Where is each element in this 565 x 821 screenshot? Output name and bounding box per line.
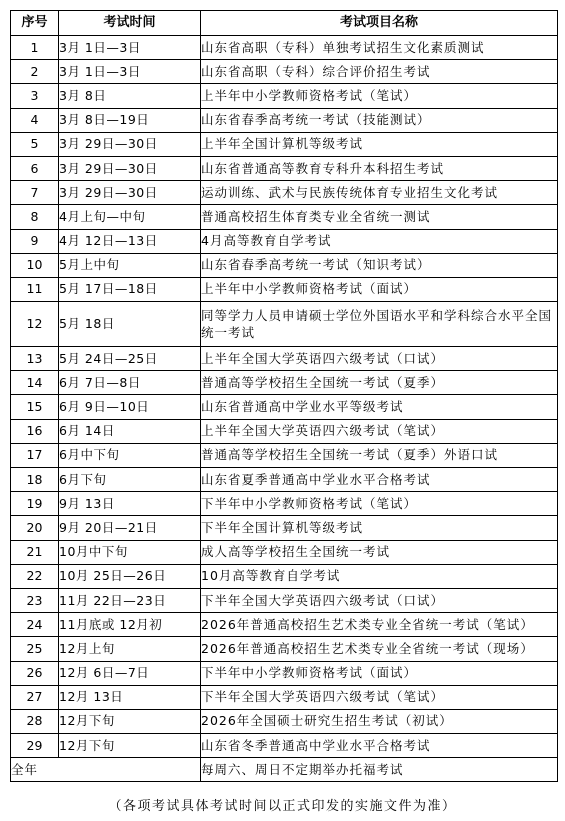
table-row: 2812月下旬2026年全国硕士研究生招生考试（初试） [11, 709, 558, 733]
row-name: 10月高等教育自学考试 [201, 564, 558, 588]
table-row: 199月 13日下半年中小学教师资格考试（笔试） [11, 492, 558, 516]
row-name: 2026年普通高校招生艺术类专业全省统一考试（现场） [201, 637, 558, 661]
row-no: 21 [11, 540, 59, 564]
table-row: 105月上中旬山东省春季高考统一考试（知识考试） [11, 253, 558, 277]
row-name: 同等学力人员申请硕士学位外国语水平和学科综合水平全国统一考试 [201, 302, 558, 347]
row-time: 5月 24日—25日 [59, 347, 201, 371]
footnote: （各项考试具体考试时间以正式印发的实施文件为准） [0, 795, 565, 814]
row-name: 2026年普通高校招生艺术类专业全省统一考试（笔试） [201, 613, 558, 637]
row-name: 山东省春季高考统一考试（知识考试） [201, 253, 558, 277]
table-header-row: 序号 考试时间 考试项目名称 [11, 11, 558, 36]
row-name: 2026年全国硕士研究生招生考试（初试） [201, 709, 558, 733]
row-name: 成人高等学校招生全国统一考试 [201, 540, 558, 564]
table-row: 73月 29日—30日运动训练、武术与民族传统体育专业招生文化考试 [11, 181, 558, 205]
row-name: 上半年全国计算机等级考试 [201, 132, 558, 156]
row-no: 29 [11, 734, 59, 758]
row-no: 15 [11, 395, 59, 419]
row-time: 5月 18日 [59, 302, 201, 347]
row-no: 17 [11, 443, 59, 467]
row-no: 12 [11, 302, 59, 347]
row-time: 10月 25日—26日 [59, 564, 201, 588]
row-name: 普通高等学校招生全国统一考试（夏季） [201, 371, 558, 395]
row-time: 6月 7日—8日 [59, 371, 201, 395]
row-no: 6 [11, 156, 59, 180]
row-no: 20 [11, 516, 59, 540]
row-name: 山东省高职（专科）综合评价招生考试 [201, 60, 558, 84]
row-time: 3月 29日—30日 [59, 156, 201, 180]
full-year-name: 每周六、周日不定期举办托福考试 [201, 758, 558, 782]
table-row: 53月 29日—30日上半年全国计算机等级考试 [11, 132, 558, 156]
exam-schedule-document: 序号 考试时间 考试项目名称 13月 1日—3日山东省高职（专科）单独考试招生文… [10, 10, 557, 782]
row-no: 16 [11, 419, 59, 443]
row-no: 2 [11, 60, 59, 84]
table-row: 156月 9日—10日山东省普通高中学业水平等级考试 [11, 395, 558, 419]
row-name: 上半年全国大学英语四六级考试（笔试） [201, 419, 558, 443]
table-row: 84月上旬—中旬普通高校招生体育类专业全省统一测试 [11, 205, 558, 229]
row-name: 下半年全国大学英语四六级考试（笔试） [201, 685, 558, 709]
row-time: 6月下旬 [59, 468, 201, 492]
table-row: 2712月 13日下半年全国大学英语四六级考试（笔试） [11, 685, 558, 709]
row-name: 山东省普通高等教育专科升本科招生考试 [201, 156, 558, 180]
table-row: 209月 20日—21日下半年全国计算机等级考试 [11, 516, 558, 540]
row-name: 山东省春季高考统一考试（技能测试） [201, 108, 558, 132]
row-time: 10月中下旬 [59, 540, 201, 564]
row-no: 25 [11, 637, 59, 661]
row-time: 3月 1日—3日 [59, 36, 201, 60]
row-time: 11月底或 12月初 [59, 613, 201, 637]
row-time: 12月上旬 [59, 637, 201, 661]
row-no: 7 [11, 181, 59, 205]
table-row: 135月 24日—25日上半年全国大学英语四六级考试（口试） [11, 347, 558, 371]
row-no: 24 [11, 613, 59, 637]
table-row: 2912月下旬山东省冬季普通高中学业水平合格考试 [11, 734, 558, 758]
row-name: 下半年全国计算机等级考试 [201, 516, 558, 540]
row-time: 4月 12日—13日 [59, 229, 201, 253]
table-row: 43月 8日—19日山东省春季高考统一考试（技能测试） [11, 108, 558, 132]
table-row: 94月 12日—13日4月高等教育自学考试 [11, 229, 558, 253]
table-row-full-year: 全年 每周六、周日不定期举办托福考试 [11, 758, 558, 782]
row-name: 普通高校招生体育类专业全省统一测试 [201, 205, 558, 229]
row-time: 9月 20日—21日 [59, 516, 201, 540]
row-name: 山东省高职（专科）单独考试招生文化素质测试 [201, 36, 558, 60]
table-row: 2512月上旬2026年普通高校招生艺术类专业全省统一考试（现场） [11, 637, 558, 661]
row-name: 山东省冬季普通高中学业水平合格考试 [201, 734, 558, 758]
row-name: 上半年全国大学英语四六级考试（口试） [201, 347, 558, 371]
row-time: 12月 13日 [59, 685, 201, 709]
row-time: 11月 22日—23日 [59, 588, 201, 612]
table-row: 63月 29日—30日山东省普通高等教育专科升本科招生考试 [11, 156, 558, 180]
row-time: 3月 1日—3日 [59, 60, 201, 84]
row-time: 3月 29日—30日 [59, 181, 201, 205]
row-no: 19 [11, 492, 59, 516]
table-row: 33月 8日上半年中小学教师资格考试（笔试） [11, 84, 558, 108]
row-no: 8 [11, 205, 59, 229]
row-time: 3月 8日—19日 [59, 108, 201, 132]
header-time: 考试时间 [59, 11, 201, 36]
row-no: 10 [11, 253, 59, 277]
row-time: 5月上中旬 [59, 253, 201, 277]
row-no: 11 [11, 277, 59, 301]
row-time: 3月 8日 [59, 84, 201, 108]
row-no: 26 [11, 661, 59, 685]
row-name: 下半年中小学教师资格考试（笔试） [201, 492, 558, 516]
row-no: 1 [11, 36, 59, 60]
row-name: 山东省普通高中学业水平等级考试 [201, 395, 558, 419]
row-no: 9 [11, 229, 59, 253]
table-row: 2210月 25日—26日10月高等教育自学考试 [11, 564, 558, 588]
exam-schedule-table: 序号 考试时间 考试项目名称 13月 1日—3日山东省高职（专科）单独考试招生文… [10, 10, 558, 782]
table-row: 2612月 6日—7日下半年中小学教师资格考试（面试） [11, 661, 558, 685]
table-row: 2110月中下旬成人高等学校招生全国统一考试 [11, 540, 558, 564]
row-no: 18 [11, 468, 59, 492]
row-no: 28 [11, 709, 59, 733]
row-no: 14 [11, 371, 59, 395]
row-no: 5 [11, 132, 59, 156]
table-row: 146月 7日—8日普通高等学校招生全国统一考试（夏季） [11, 371, 558, 395]
table-row: 115月 17日—18日上半年中小学教师资格考试（面试） [11, 277, 558, 301]
row-time: 4月上旬—中旬 [59, 205, 201, 229]
table-row: 13月 1日—3日山东省高职（专科）单独考试招生文化素质测试 [11, 36, 558, 60]
row-time: 3月 29日—30日 [59, 132, 201, 156]
row-no: 3 [11, 84, 59, 108]
row-name: 4月高等教育自学考试 [201, 229, 558, 253]
table-body: 13月 1日—3日山东省高职（专科）单独考试招生文化素质测试 23月 1日—3日… [11, 36, 558, 782]
row-name: 普通高等学校招生全国统一考试（夏季）外语口试 [201, 443, 558, 467]
table-row: 23月 1日—3日山东省高职（专科）综合评价招生考试 [11, 60, 558, 84]
header-no: 序号 [11, 11, 59, 36]
row-time: 6月 14日 [59, 419, 201, 443]
row-no: 22 [11, 564, 59, 588]
row-time: 6月 9日—10日 [59, 395, 201, 419]
row-time: 12月 6日—7日 [59, 661, 201, 685]
table-row: 186月下旬山东省夏季普通高中学业水平合格考试 [11, 468, 558, 492]
row-name: 上半年中小学教师资格考试（笔试） [201, 84, 558, 108]
row-no: 4 [11, 108, 59, 132]
row-time: 6月中下旬 [59, 443, 201, 467]
row-no: 13 [11, 347, 59, 371]
table-row: 166月 14日上半年全国大学英语四六级考试（笔试） [11, 419, 558, 443]
row-name: 运动训练、武术与民族传统体育专业招生文化考试 [201, 181, 558, 205]
row-name: 下半年中小学教师资格考试（面试） [201, 661, 558, 685]
header-name: 考试项目名称 [201, 11, 558, 36]
table-row: 125月 18日同等学力人员申请硕士学位外国语水平和学科综合水平全国统一考试 [11, 302, 558, 347]
row-no: 23 [11, 588, 59, 612]
row-name: 上半年中小学教师资格考试（面试） [201, 277, 558, 301]
row-name: 山东省夏季普通高中学业水平合格考试 [201, 468, 558, 492]
row-no: 27 [11, 685, 59, 709]
row-time: 12月下旬 [59, 709, 201, 733]
table-row: 2411月底或 12月初2026年普通高校招生艺术类专业全省统一考试（笔试） [11, 613, 558, 637]
full-year-label: 全年 [11, 758, 201, 782]
row-time: 5月 17日—18日 [59, 277, 201, 301]
row-name: 下半年全国大学英语四六级考试（口试） [201, 588, 558, 612]
row-time: 9月 13日 [59, 492, 201, 516]
table-row: 2311月 22日—23日下半年全国大学英语四六级考试（口试） [11, 588, 558, 612]
row-time: 12月下旬 [59, 734, 201, 758]
table-row: 176月中下旬普通高等学校招生全国统一考试（夏季）外语口试 [11, 443, 558, 467]
